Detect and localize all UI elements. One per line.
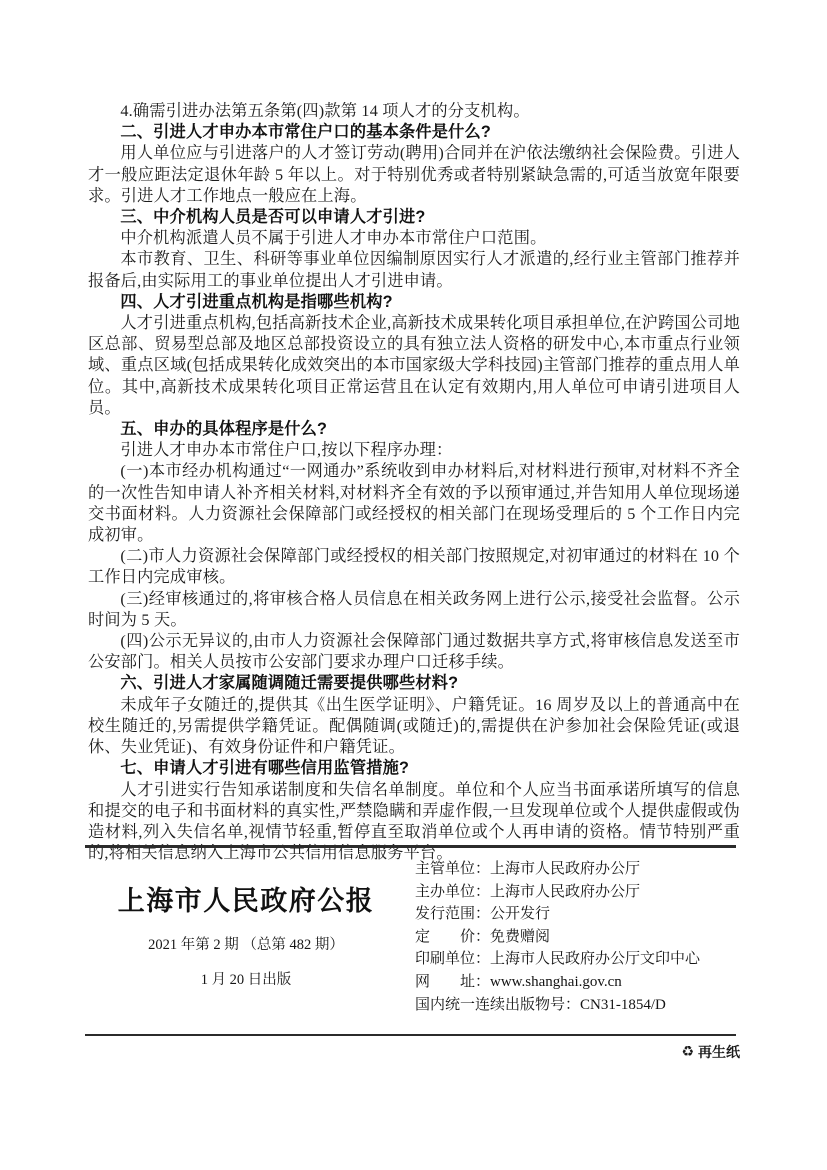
question-4-heading: 四、人才引进重点机构是指哪些机构?: [88, 292, 740, 313]
question-3-heading: 三、中介机构人员是否可以申请人才引进?: [88, 207, 740, 228]
answer-paragraph: 引进人才申办本市常住户口,按以下程序办理：: [88, 440, 740, 461]
info-label: 定 价：: [415, 929, 490, 945]
article-body: 4.确需引进办法第五条第(四)款第 14 项人才的分支机构。 二、引进人才申办本…: [88, 101, 740, 864]
question-6-heading: 六、引进人才家属随调随迁需要提供哪些材料?: [88, 673, 740, 694]
answer-paragraph: 用人单位应与引进落户的人才签订劳动(聘用)合同并在沪依法缴纳社会保险费。引进人才…: [88, 143, 740, 207]
page-bottom-divider: [85, 1034, 736, 1036]
info-line-website: 网 址：www.shanghai.gov.cn: [415, 971, 750, 994]
answer-paragraph: 本市教育、卫生、科研等事业单位因编制原因实行人才派遣的,经行业主管部门推荐并报备…: [88, 249, 740, 291]
procedure-step-3: (三)经审核通过的,将审核合格人员信息在相关政务网上进行公示,接受社会监督。公示…: [88, 589, 740, 631]
info-label: 网 址：: [415, 974, 490, 990]
question-2-heading: 二、引进人才申办本市常住户口的基本条件是什么?: [88, 122, 740, 143]
procedure-step-2: (二)市人力资源社会保障部门或经授权的相关部门按照规定,对初审通过的材料在 10…: [88, 546, 740, 588]
publication-info: 主管单位：上海市人民政府办公厅 主办单位：上海市人民政府办公厅 发行范围：公开发…: [415, 858, 750, 1016]
info-label: 主管单位：: [415, 861, 490, 877]
info-value: 免费赠阅: [490, 929, 550, 945]
recycled-paper-label: 再生纸: [698, 1042, 740, 1062]
info-line-price: 定 价：免费赠阅: [415, 926, 750, 949]
answer-paragraph: 人才引进实行告知承诺制度和失信名单制度。单位和个人应当书面承诺所填写的信息和提交…: [88, 780, 740, 865]
info-label: 国内统一连续出版物号：: [415, 997, 580, 1013]
gazette-masthead: 上海市人民政府公报 2021 年第 2 期 （总第 482 期） 1 月 20 …: [85, 886, 407, 989]
answer-paragraph: 人才引进重点机构,包括高新技术企业,高新技术成果转化项目承担单位,在沪跨国公司地…: [88, 313, 740, 419]
issue-line: 2021 年第 2 期 （总第 482 期）: [85, 933, 407, 954]
colophon-top-divider: [85, 845, 736, 848]
procedure-step-4: (四)公示无异议的,由市人力资源社会保障部门通过数据共享方式,将审核信息发送至市…: [88, 631, 740, 673]
publish-date: 1 月 20 日出版: [85, 968, 407, 989]
gazette-page: { "body": { "intro_item": "4.确需引进办法第五条第(…: [0, 0, 827, 1170]
procedure-step-1: (一)本市经办机构通过“一网通办”系统收到申办材料后,对材料进行预审,对材料不齐…: [88, 461, 740, 546]
info-line-supervisor: 主管单位：上海市人民政府办公厅: [415, 858, 750, 881]
info-label: 发行范围：: [415, 906, 490, 922]
info-value: CN31-1854/D: [580, 997, 666, 1013]
info-value: 上海市人民政府办公厅: [490, 861, 640, 877]
info-value: 公开发行: [490, 906, 550, 922]
gazette-title: 上海市人民政府公报: [85, 886, 407, 916]
answer-paragraph: 未成年子女随迁的,提供其《出生医学证明》、户籍凭证。16 周岁及以上的普通高中在…: [88, 695, 740, 759]
info-line-printer: 印刷单位：上海市人民政府办公厅文印中心: [415, 948, 750, 971]
info-value: 上海市人民政府办公厅文印中心: [490, 951, 700, 967]
info-line-distribution: 发行范围：公开发行: [415, 903, 750, 926]
recycled-paper-icon: ♻: [681, 1045, 694, 1059]
info-value: www.shanghai.gov.cn: [490, 974, 622, 990]
intro-list-item: 4.确需引进办法第五条第(四)款第 14 项人才的分支机构。: [88, 101, 740, 122]
recycled-paper-note: ♻ 再生纸: [681, 1042, 740, 1062]
info-label: 主办单位：: [415, 884, 490, 900]
info-line-issn: 国内统一连续出版物号：CN31-1854/D: [415, 994, 750, 1017]
answer-paragraph: 中介机构派遣人员不属于引进人才申办本市常住户口范围。: [88, 228, 740, 249]
question-5-heading: 五、申办的具体程序是什么?: [88, 419, 740, 440]
info-value: 上海市人民政府办公厅: [490, 884, 640, 900]
question-7-heading: 七、申请人才引进有哪些信用监管措施?: [88, 758, 740, 779]
info-line-organizer: 主办单位：上海市人民政府办公厅: [415, 881, 750, 904]
info-label: 印刷单位：: [415, 951, 490, 967]
